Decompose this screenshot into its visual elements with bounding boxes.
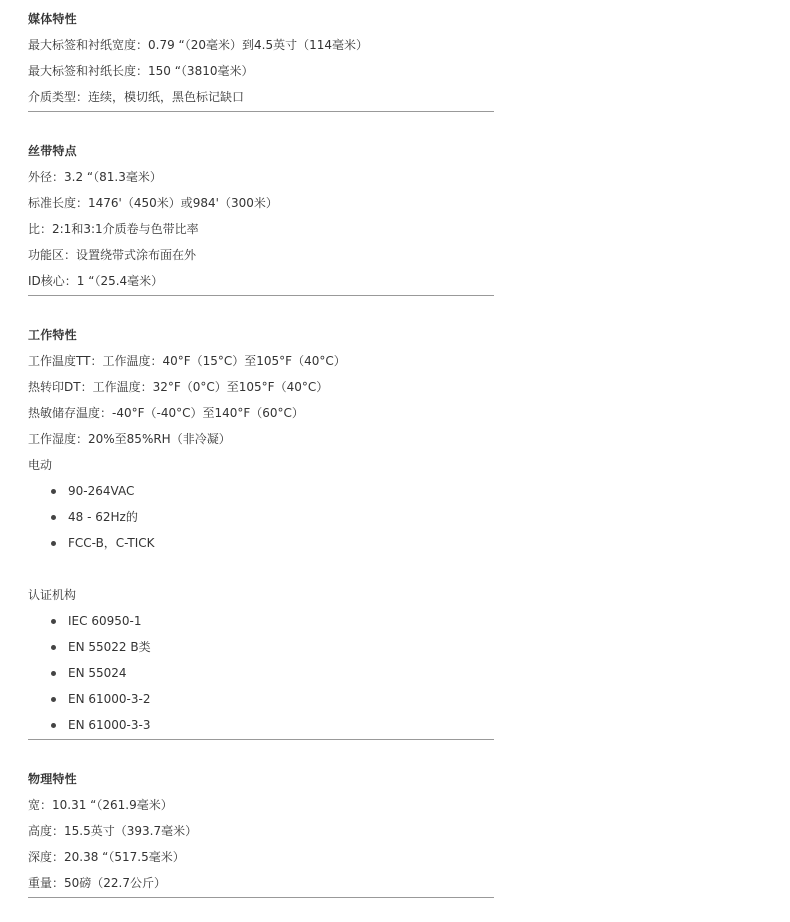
bullet-icon <box>51 619 56 624</box>
spec-storage-temp: 热敏储存温度：-40°F（-40°C）至140°F（60°C） <box>28 401 494 427</box>
bullet-icon <box>51 541 56 546</box>
list-item: EN 61000-3-2 <box>28 687 494 713</box>
bullet-icon <box>51 723 56 728</box>
spec-sheet: 媒体特性 最大标签和衬纸宽度：0.79 “（20毫米）到4.5英寸（114毫米）… <box>0 0 494 898</box>
electrical-label: 电动 <box>28 453 494 479</box>
list-item-text: 90-264VAC <box>68 484 134 498</box>
spec-operating-humidity: 工作湿度：20%至85%RH（非冷凝） <box>28 427 494 453</box>
list-item-text: EN 55022 B类 <box>68 640 151 654</box>
agency-list: IEC 60950-1 EN 55022 B类 EN 55024 EN 6100… <box>28 609 494 739</box>
spec-ribbon-setup: 功能区：设置绕带式涂布面在外 <box>28 243 494 269</box>
section-ribbon: 丝带特点 外径：3.2 “（81.3毫米） 标准长度：1476'（450米）或9… <box>28 139 494 296</box>
bullet-icon <box>51 489 56 494</box>
spec-ratio: 比：2:1和3:1介质卷与色带比率 <box>28 217 494 243</box>
list-item: 90-264VAC <box>28 479 494 505</box>
list-item: 48 - 62Hz的 <box>28 505 494 531</box>
bullet-icon <box>51 671 56 676</box>
section-physical: 物理特性 宽：10.31 “（261.9毫米） 高度：15.5英寸（393.7毫… <box>28 767 494 898</box>
electrical-list: 90-264VAC 48 - 62Hz的 FCC-B，C-TICK <box>28 479 494 557</box>
agency-label: 认证机构 <box>28 583 494 609</box>
list-item: EN 61000-3-3 <box>28 713 494 739</box>
section-gap <box>28 112 494 139</box>
list-item-text: EN 61000-3-2 <box>68 692 150 706</box>
spec-width: 宽：10.31 “（261.9毫米） <box>28 793 494 819</box>
spec-media-type: 介质类型：连续，模切纸，黑色标记缺口 <box>28 85 494 111</box>
bullet-icon <box>51 645 56 650</box>
section-title-ribbon: 丝带特点 <box>28 139 494 165</box>
section-operating: 工作特性 工作温度TT：工作温度：40°F（15°C）至105°F（40°C） … <box>28 323 494 740</box>
spec-operating-temp-dt: 热转印DT：工作温度：32°F（0°C）至105°F（40°C） <box>28 375 494 401</box>
section-title-media: 媒体特性 <box>28 7 494 33</box>
spec-depth: 深度：20.38 “（517.5毫米） <box>28 845 494 871</box>
spec-max-length: 最大标签和衬纸长度：150 “（3810毫米） <box>28 59 494 85</box>
bullet-icon <box>51 697 56 702</box>
section-media: 媒体特性 最大标签和衬纸宽度：0.79 “（20毫米）到4.5英寸（114毫米）… <box>28 7 494 112</box>
bullet-icon <box>51 515 56 520</box>
list-item: EN 55022 B类 <box>28 635 494 661</box>
spacer <box>28 557 494 583</box>
spec-outer-diameter: 外径：3.2 “（81.3毫米） <box>28 165 494 191</box>
section-title-operating: 工作特性 <box>28 323 494 349</box>
list-item: EN 55024 <box>28 661 494 687</box>
section-title-physical: 物理特性 <box>28 767 494 793</box>
list-item-text: EN 61000-3-3 <box>68 718 150 732</box>
spec-id-core: ID核心：1 “（25.4毫米） <box>28 269 494 295</box>
list-item-text: 48 - 62Hz的 <box>68 510 138 524</box>
section-gap <box>28 296 494 323</box>
spec-standard-length: 标准长度：1476'（450米）或984'（300米） <box>28 191 494 217</box>
list-item-text: IEC 60950-1 <box>68 614 141 628</box>
spec-operating-temp-tt: 工作温度TT：工作温度：40°F（15°C）至105°F（40°C） <box>28 349 494 375</box>
spec-max-width: 最大标签和衬纸宽度：0.79 “（20毫米）到4.5英寸（114毫米） <box>28 33 494 59</box>
list-item: FCC-B，C-TICK <box>28 531 494 557</box>
divider <box>28 897 494 898</box>
spec-weight: 重量：50磅（22.7公斤） <box>28 871 494 897</box>
section-gap <box>28 740 494 767</box>
list-item-text: FCC-B，C-TICK <box>68 536 155 550</box>
list-item: IEC 60950-1 <box>28 609 494 635</box>
spec-height: 高度：15.5英寸（393.7毫米） <box>28 819 494 845</box>
list-item-text: EN 55024 <box>68 666 127 680</box>
